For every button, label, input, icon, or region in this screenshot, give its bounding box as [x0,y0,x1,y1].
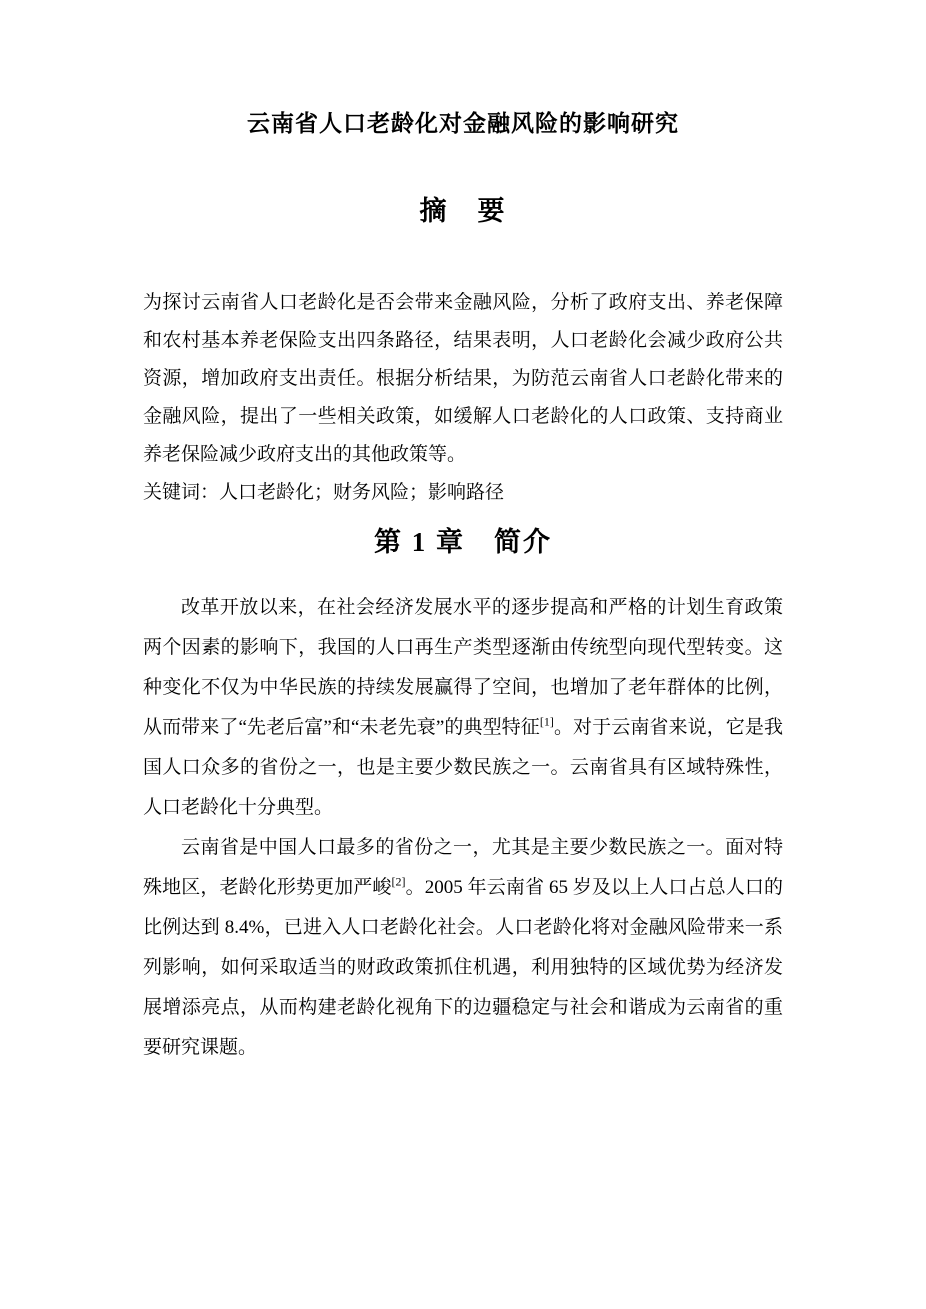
footnote-ref-2: [2] [392,875,406,889]
chapter-1-paragraph-1: 改革开放以来，在社会经济发展水平的逐步提高和严格的计划生育政策两个因素的影响下，… [143,588,783,828]
keywords-value: 人口老龄化；财务风险；影响路径 [219,482,504,503]
keywords-line: 关键词：人口老龄化；财务风险；影响路径 [143,474,783,512]
document-title: 云南省人口老龄化对金融风险的影响研究 [143,108,783,140]
keywords-label: 关键词： [143,482,219,503]
paragraph-2-text-continued: 。2005 年云南省 65 岁及以上人口占总人口的比例达到 8.4%，已进入人口… [143,877,783,1058]
footnote-ref-1: [1] [540,715,554,729]
chapter-1-heading: 第 1 章 简介 [143,524,783,560]
abstract-heading: 摘 要 [143,194,783,228]
chapter-1-paragraph-2: 云南省是中国人口最多的省份之一，尤其是主要少数民族之一。面对特殊地区，老龄化形势… [143,828,783,1068]
document-page: 云南省人口老龄化对金融风险的影响研究 摘 要 为探讨云南省人口老龄化是否会带来金… [0,0,926,1309]
abstract-paragraph: 为探讨云南省人口老龄化是否会带来金融风险，分析了政府支出、养老保障和农村基本养老… [143,284,783,474]
